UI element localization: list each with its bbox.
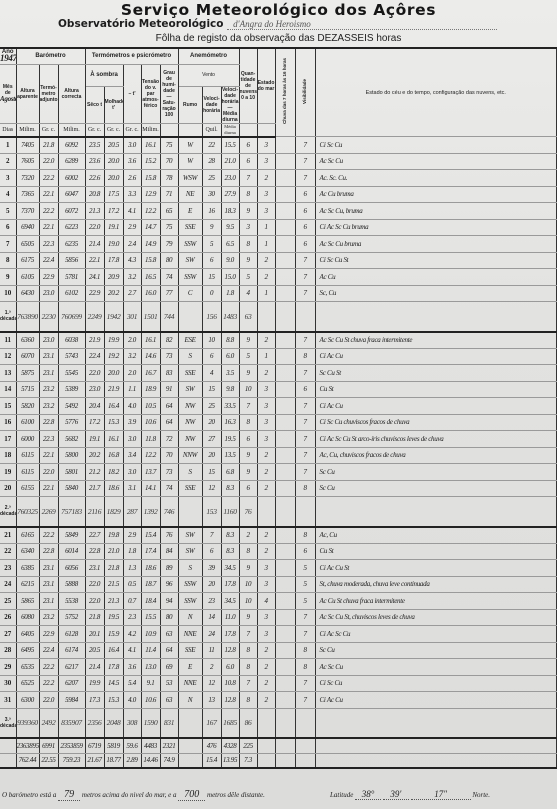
cell-estado-ceu: St, chuva moderada, chuva leve continuad… <box>315 576 556 593</box>
cell-hum: 63 <box>160 692 178 709</box>
cell-neb: 7 <box>239 675 257 692</box>
cell-rumo: N <box>178 609 202 626</box>
cell-dif: 0.5 <box>123 576 141 593</box>
cell-alt: 7365 <box>16 186 39 203</box>
cell-corr: 5752 <box>58 609 85 626</box>
cell-vis: 5 <box>295 560 315 577</box>
cell-tadj: 22.0 <box>39 153 58 170</box>
cell-corr: 5781 <box>58 269 85 286</box>
day-number: 24 <box>0 576 16 593</box>
cell-tadj: 23.2 <box>39 609 58 626</box>
cell-chuva <box>275 560 295 577</box>
cell-molh: 20.5 <box>104 137 123 154</box>
cell-rumo <box>178 302 202 332</box>
day-number: 28 <box>0 642 16 659</box>
nebulosidade-header: Quan-tidade de nuvens 0 a 10 <box>239 48 257 123</box>
cell-hum: 70 <box>160 447 178 464</box>
cell-mar: 1 <box>257 285 275 302</box>
cell-hum: 75 <box>160 219 178 236</box>
cell-vis: 7 <box>295 137 315 154</box>
cell-estado-ceu: Ac Sc Cu <box>315 153 556 170</box>
cell-neb: 8 <box>239 186 257 203</box>
cell-med: 6.0 <box>221 659 239 676</box>
cell-dif: 2.4 <box>123 236 141 253</box>
cell-hum: 74 <box>160 480 178 497</box>
cell-estado-ceu: Ac, Cu <box>315 527 556 544</box>
cell-mar: 3 <box>257 431 275 448</box>
cell-corr: 5682 <box>58 431 85 448</box>
chuva-header: Chuva das 7 horas às 16 horas <box>275 48 295 137</box>
cell-corr: 5389 <box>58 381 85 398</box>
cell-corr: 6014 <box>58 543 85 560</box>
table-row: 16610022.8577617.215.33.910.664NW2016.38… <box>0 414 557 431</box>
cell-estado-ceu: Ac Cu bruma <box>315 186 556 203</box>
cell-med: 12.8 <box>221 642 239 659</box>
cell-rumo: S <box>178 348 202 365</box>
cell-neb: 6 <box>239 153 257 170</box>
cell-vis: 7 <box>295 170 315 187</box>
tensao-header: Tensão do v. par atmos-férico <box>141 64 160 123</box>
cell-alt: 6080 <box>16 609 39 626</box>
day-number: 22 <box>0 543 16 560</box>
cell-tens: 12.9 <box>141 186 160 203</box>
cell-tens: 11.4 <box>141 642 160 659</box>
cell-tadj: 22.3 <box>39 236 58 253</box>
latitude-label: Latitude <box>330 791 353 799</box>
cell-rumo: NNW <box>178 447 202 464</box>
cell-neb: 10 <box>239 576 257 593</box>
cell-vel: 9 <box>202 219 221 236</box>
table-row: 2760522.0628923.620.03.615.270W2821.0637… <box>0 153 557 170</box>
cell-vel: 20 <box>202 414 221 431</box>
cell-seco: 20.8 <box>85 186 104 203</box>
cell-mar: 3 <box>257 137 275 154</box>
cell-dif: 4.0 <box>123 692 141 709</box>
cell-neb: 86 <box>239 708 257 738</box>
cell-chuva <box>275 447 295 464</box>
cell-rumo: NNE <box>178 626 202 643</box>
table-row: 28649522.4617420.516.44.111.464SSE1112.8… <box>0 642 557 659</box>
cell-tadj: 23.1 <box>39 593 58 610</box>
cell-corr: 5800 <box>58 447 85 464</box>
cell-med: 34.5 <box>221 560 239 577</box>
cell-vis: 7 <box>295 332 315 349</box>
cell-tadj: 2269 <box>39 497 58 527</box>
cell-alt: 6165 <box>16 527 39 544</box>
barometer-note-mid: metros acima do nivel do mar, e a <box>82 791 177 799</box>
cell-vel: 5 <box>202 236 221 253</box>
cell-vis: 7 <box>295 675 315 692</box>
cell-neb: 8 <box>239 543 257 560</box>
unit-label: Quil. <box>202 123 221 137</box>
cell-molh: 15.3 <box>104 692 123 709</box>
decade-total-row: 2.ª década760325226975718321161829287139… <box>0 497 557 527</box>
table-row: 14571523.2538923.021.91.118.991SW159.810… <box>0 381 557 398</box>
cell-molh: 1942 <box>104 302 123 332</box>
cell-alt: 939360 <box>16 708 39 738</box>
table-row: 8617522.4585622.117.84.315.880SW69.0927C… <box>0 252 557 269</box>
cell-molh: 17.5 <box>104 186 123 203</box>
cell-corr: 5776 <box>58 414 85 431</box>
page-title: Serviço Meteorológico dos Açôres <box>0 1 557 19</box>
cell-hum: 75 <box>160 137 178 154</box>
cell-tadj: 22.4 <box>39 252 58 269</box>
unit-label: Média diurna <box>221 123 239 137</box>
cell-corr: 5840 <box>58 480 85 497</box>
cell-estado-ceu: Ci Ac Sc Cu <box>315 626 556 643</box>
cell-med: 8.3 <box>221 543 239 560</box>
cell-tens: 18.7 <box>141 576 160 593</box>
cell-dif: 1.8 <box>123 543 141 560</box>
cell-tens: 1501 <box>141 302 160 332</box>
unit-label: Milim. <box>141 123 160 137</box>
cell-molh: 14.5 <box>104 675 123 692</box>
table-row: 15582023.2549220.416.44.010.564NW2533.57… <box>0 398 557 415</box>
summary-alt: 2363895 <box>16 738 39 753</box>
cell-alt: 6360 <box>16 332 39 349</box>
cell-tens: 15.4 <box>141 527 160 544</box>
table-row: 20615522.1584021.718.63.114.174SSE128.36… <box>0 480 557 497</box>
cell-seco: 21.8 <box>85 609 104 626</box>
cell-mar: 2 <box>257 447 275 464</box>
cell-estado-ceu: Sc, Cu <box>315 285 556 302</box>
cell-chuva <box>275 527 295 544</box>
day-number: 26 <box>0 609 16 626</box>
summary-empty <box>178 738 202 753</box>
cell-alt: 6115 <box>16 447 39 464</box>
cell-chuva <box>275 348 295 365</box>
cell-molh: 20.9 <box>104 269 123 286</box>
summary-empty <box>275 738 295 753</box>
cell-chuva <box>275 659 295 676</box>
cell-tens: 11.8 <box>141 431 160 448</box>
cell-dif: 3.9 <box>123 414 141 431</box>
cell-alt: 760325 <box>16 497 39 527</box>
cell-alt: 6535 <box>16 659 39 676</box>
sheet-subtitle: Fôlha de registo da observação das DEZAS… <box>0 33 557 44</box>
cell-mar: 3 <box>257 576 275 593</box>
cell-corr: 5888 <box>58 576 85 593</box>
cell-vis: 5 <box>295 576 315 593</box>
cell-mar: 3 <box>257 609 275 626</box>
cell-med: 6.0 <box>221 348 239 365</box>
table-row: 11636023.0603821.919.92.016.182ESE108.89… <box>0 332 557 349</box>
decade-label: 2.ª década <box>0 497 16 527</box>
cell-chuva <box>275 186 295 203</box>
observatory-line: Observatório Meteorológico d'Angra do He… <box>58 18 497 30</box>
cell-seco: 17.2 <box>85 414 104 431</box>
day-number: 27 <box>0 626 16 643</box>
cell-estado-ceu: Sc Cu <box>315 642 556 659</box>
cell-estado-ceu: Ci Ac Cu <box>315 348 556 365</box>
summary-label <box>0 738 16 753</box>
cell-dif: 3.6 <box>123 659 141 676</box>
cell-med: 12.8 <box>221 692 239 709</box>
cell-chuva <box>275 203 295 220</box>
cell-dif: 4.0 <box>123 398 141 415</box>
cell-estado-ceu: Ac Cu St chuva fraca intermitente <box>315 593 556 610</box>
cell-rumo: S <box>178 560 202 577</box>
cell-molh: 16.1 <box>104 431 123 448</box>
cell-tens: 16.0 <box>141 285 160 302</box>
cell-rumo: SSE <box>178 642 202 659</box>
cell-tadj: 22.1 <box>39 186 58 203</box>
cell-hum: 80 <box>160 252 178 269</box>
cell-vis: 6 <box>295 236 315 253</box>
cell-med: 34.5 <box>221 593 239 610</box>
cell-med: 1.8 <box>221 285 239 302</box>
cell-corr: 6092 <box>58 137 85 154</box>
cell-molh: 15.3 <box>104 414 123 431</box>
velocidade-horaria-header: Veloci-dade horária <box>202 86 221 123</box>
cell-tens: 10.5 <box>141 398 160 415</box>
cell-estado-ceu <box>315 708 556 738</box>
unit-label: Gr. c. <box>85 123 104 137</box>
cell-molh: 17.8 <box>104 659 123 676</box>
cell-vis <box>295 708 315 738</box>
cell-rumo: N <box>178 692 202 709</box>
cell-seco: 22.6 <box>85 170 104 187</box>
cell-estado-ceu: Ci Sc Cu <box>315 137 556 154</box>
cell-med: 1685 <box>221 708 239 738</box>
cell-vis: 7 <box>295 269 315 286</box>
cell-tadj: 22.0 <box>39 692 58 709</box>
cell-med: 17.8 <box>221 626 239 643</box>
cell-tadj: 22.1 <box>39 447 58 464</box>
cell-tens: 10.6 <box>141 692 160 709</box>
cell-estado-ceu: Ci Ac Sc Cu bruma <box>315 219 556 236</box>
cell-neb: 6 <box>239 137 257 154</box>
cell-alt: 6505 <box>16 236 39 253</box>
cell-molh: 21.5 <box>104 576 123 593</box>
barometer-distance: 700 <box>178 789 205 801</box>
cell-vel: 20 <box>202 576 221 593</box>
cell-seco: 19.9 <box>85 675 104 692</box>
cell-alt: 7370 <box>16 203 39 220</box>
cell-seco: 22.1 <box>85 252 104 269</box>
cell-rumo: W <box>178 153 202 170</box>
cell-mar <box>257 497 275 527</box>
cell-seco: 23.5 <box>85 137 104 154</box>
cell-med: 21.0 <box>221 153 239 170</box>
cell-seco: 20.2 <box>85 447 104 464</box>
cell-dif: 0.7 <box>123 593 141 610</box>
cell-vis: 6 <box>295 381 315 398</box>
day-number: 12 <box>0 348 16 365</box>
day-number: 18 <box>0 447 16 464</box>
cell-hum: 73 <box>160 464 178 481</box>
day-number: 7 <box>0 236 16 253</box>
cell-tens: 15.5 <box>141 609 160 626</box>
cell-chuva <box>275 285 295 302</box>
cell-alt: 6175 <box>16 252 39 269</box>
cell-vis: 7 <box>295 414 315 431</box>
cell-dif: 3.2 <box>123 269 141 286</box>
cell-alt: 6430 <box>16 285 39 302</box>
cell-dif: 3.0 <box>123 137 141 154</box>
cell-med: 27.9 <box>221 186 239 203</box>
cell-tadj: 22.9 <box>39 269 58 286</box>
barometer-altitude: 79 <box>58 789 80 801</box>
cell-mar: 1 <box>257 219 275 236</box>
cell-estado-ceu: Ac Sc Cu, bruma <box>315 203 556 220</box>
cell-estado-ceu: Sc Cu St <box>315 365 556 382</box>
cell-vis: 7 <box>295 398 315 415</box>
grau-humidade-header: Grau de humi-dade — Satu-ração 100 <box>160 64 178 123</box>
diff-header: – t' <box>123 64 141 123</box>
cell-molh: 16.4 <box>104 398 123 415</box>
table-row: 13587523.1554522.020.02.016.783SSE43.592… <box>0 365 557 382</box>
cell-alt: 6495 <box>16 642 39 659</box>
cell-mar: 3 <box>257 626 275 643</box>
cell-estado-ceu: Sc Cu <box>315 464 556 481</box>
cell-seco: 22.0 <box>85 365 104 382</box>
cell-med: 9.8 <box>221 381 239 398</box>
cell-chuva <box>275 708 295 738</box>
cell-tadj: 23.1 <box>39 560 58 577</box>
cell-tens: 16.1 <box>141 137 160 154</box>
cell-molh: 19.9 <box>104 332 123 349</box>
cell-seco: 2249 <box>85 302 104 332</box>
summary-neb: 7.3 <box>239 753 257 768</box>
cell-mar <box>257 302 275 332</box>
cell-corr: 6072 <box>58 203 85 220</box>
cell-alt: 6340 <box>16 543 39 560</box>
cell-mar: 4 <box>257 593 275 610</box>
visibilidade-header: Visibilidade <box>295 48 315 137</box>
cell-neb: 9 <box>239 560 257 577</box>
cell-hum: 84 <box>160 543 178 560</box>
table-row: 21616522.2584922.719.82.915.476SW78.3228… <box>0 527 557 544</box>
cell-mar: 2 <box>257 692 275 709</box>
cell-tens: 18.6 <box>141 560 160 577</box>
cell-corr: 6223 <box>58 219 85 236</box>
summary-med: 13.95 <box>221 753 239 768</box>
cell-hum: 82 <box>160 332 178 349</box>
summary-empty <box>257 753 275 768</box>
cell-tens: 13.0 <box>141 659 160 676</box>
cell-corr: 6235 <box>58 236 85 253</box>
cell-neb: 6 <box>239 480 257 497</box>
table-row: 25586523.1553822.021.30.718.494SSW2334.5… <box>0 593 557 610</box>
cell-molh: 17.8 <box>104 252 123 269</box>
cell-corr: 5545 <box>58 365 85 382</box>
cell-estado-ceu: Ac Sc Cu <box>315 659 556 676</box>
cell-hum: 89 <box>160 560 178 577</box>
cell-seco: 22.0 <box>85 219 104 236</box>
cell-dif: 3.3 <box>123 186 141 203</box>
latitude-degrees: 38° <box>355 789 381 800</box>
cell-rumo <box>178 497 202 527</box>
cell-vis: 6 <box>295 543 315 560</box>
cell-med: 13.5 <box>221 447 239 464</box>
barometer-note-suffix: metros dêle distante. <box>207 791 265 799</box>
seco-header: Sêco t <box>85 86 104 123</box>
rumo-header: Rumo <box>178 86 202 123</box>
cell-hum: 72 <box>160 431 178 448</box>
day-number: 10 <box>0 285 16 302</box>
termometros-header: Termómetros e psicrómetro <box>85 48 178 64</box>
cell-hum: 71 <box>160 186 178 203</box>
cell-vel: 2 <box>202 659 221 676</box>
cell-tens: 14.6 <box>141 348 160 365</box>
cell-dif: 2.0 <box>123 332 141 349</box>
summary-neb: 225 <box>239 738 257 753</box>
cell-vis: 7 <box>295 464 315 481</box>
cell-neb: 76 <box>239 497 257 527</box>
cell-chuva <box>275 170 295 187</box>
cell-estado-ceu: Cu St <box>315 381 556 398</box>
unit-label: Milim. <box>16 123 39 137</box>
cell-seco: 23.1 <box>85 560 104 577</box>
cell-neb: 2 <box>239 527 257 544</box>
barometer-note-prefix: O barómetro está a <box>2 791 56 799</box>
cell-rumo: SSW <box>178 236 202 253</box>
cell-alt: 6155 <box>16 480 39 497</box>
unit-label <box>239 123 257 137</box>
cell-chuva <box>275 414 295 431</box>
cell-vis: 5 <box>295 593 315 610</box>
cell-dif: 2.9 <box>123 219 141 236</box>
cell-mar: 2 <box>257 527 275 544</box>
cell-chuva <box>275 464 295 481</box>
cell-dif: 4.3 <box>123 252 141 269</box>
cell-hum: 91 <box>160 381 178 398</box>
cell-corr: 6174 <box>58 642 85 659</box>
cell-molh: 21.9 <box>104 381 123 398</box>
table-row: 22634022.8601422.821.01.817.484SW68.3826… <box>0 543 557 560</box>
cell-tadj: 23.1 <box>39 348 58 365</box>
cell-vis: 7 <box>295 626 315 643</box>
cell-chuva <box>275 332 295 349</box>
cell-rumo: SSW <box>178 269 202 286</box>
cell-alt: 6215 <box>16 576 39 593</box>
cell-vel: 167 <box>202 708 221 738</box>
cell-alt: 6070 <box>16 348 39 365</box>
cell-mar: 2 <box>257 269 275 286</box>
cell-chuva <box>275 576 295 593</box>
cell-med: 19.5 <box>221 431 239 448</box>
cell-seco: 22.7 <box>85 527 104 544</box>
cell-molh: 20.0 <box>104 365 123 382</box>
cell-tadj: 22.2 <box>39 203 58 220</box>
cell-molh: 19.5 <box>104 609 123 626</box>
day-number: 25 <box>0 593 16 610</box>
cell-molh: 20.0 <box>104 153 123 170</box>
day-number: 5 <box>0 203 16 220</box>
cell-tens: 14.1 <box>141 480 160 497</box>
cell-seco: 19.1 <box>85 431 104 448</box>
cell-rumo: W <box>178 137 202 154</box>
cell-chuva <box>275 642 295 659</box>
cell-tens: 15.8 <box>141 170 160 187</box>
cell-tens: 1392 <box>141 497 160 527</box>
vento-header: Vento <box>178 64 239 86</box>
cell-mar: 3 <box>257 381 275 398</box>
velocidade-media-header: Veloci-dade horária — Média diurna <box>221 86 239 123</box>
table-row: 9610522.9578124.120.93.216.574SSW1515.05… <box>0 269 557 286</box>
cell-mar <box>257 708 275 738</box>
cell-vel: 20 <box>202 447 221 464</box>
cell-estado-ceu: Sc Cu <box>315 480 556 497</box>
cell-hum: 831 <box>160 708 178 738</box>
cell-corr: 5538 <box>58 593 85 610</box>
table-row: 7650522.3623521.419.02.414.979SSW56.5816… <box>0 236 557 253</box>
cell-mar: 2 <box>257 675 275 692</box>
cell-med: 11.0 <box>221 609 239 626</box>
cell-alt: 6100 <box>16 414 39 431</box>
cell-tadj: 22.2 <box>39 659 58 676</box>
